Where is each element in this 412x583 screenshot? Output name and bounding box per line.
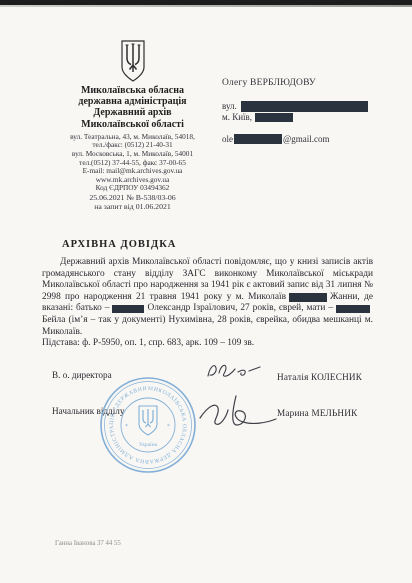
body-paragraph: Державний архів Миколаївської області по… [42, 257, 373, 338]
signer-name: Наталія КОЛЕСНИК [277, 372, 362, 382]
redaction-bar [234, 134, 282, 144]
scanned-document-page: Миколаївська обласна державна адміністра… [0, 0, 412, 583]
email-suffix: @gmail.com [283, 134, 330, 144]
document-body: Державний архів Миколаївської області по… [42, 257, 373, 350]
redaction-bar [241, 101, 368, 112]
signature-scribble-icon [196, 390, 282, 434]
body-segment: Олександр Ізраїлович, 27 років, єврей, м… [147, 303, 333, 313]
edrpou-code-line: Код ЄДРПОУ 03494362 [30, 184, 235, 193]
org-name-line: Державний архів [30, 107, 235, 118]
trident-emblem-icon [120, 40, 146, 82]
email-prefix: ole [222, 134, 233, 144]
document-number-line: 25.06.2021 № В-538/03-06 [30, 193, 235, 202]
redaction-bar [112, 305, 144, 314]
request-date-line: на запит від 01.06.2021 [30, 202, 235, 211]
signer-name: Марина МЕЛЬНИК [277, 408, 357, 418]
round-seal-stamp: МИКОЛАЇВСЬКА ОБЛАСНА ДЕРЖАВНА АДМІНІСТРА… [98, 375, 198, 475]
seal-star-left: * [125, 424, 128, 430]
street-label: вул. [222, 101, 237, 112]
addressee-street-row: вул. [222, 101, 394, 112]
addressee-block: Олегу ВЕРБЛЮДОВУ вул. м. Київ, ole @gmai… [222, 78, 394, 144]
seal-trident-icon [139, 406, 157, 435]
basis-line: Підстава: ф. Р-5950, оп. 1, спр. 683, ар… [42, 338, 373, 350]
scan-edge-shadow [0, 5, 412, 7]
redaction-bar [336, 305, 370, 314]
addressee-city-row: м. Київ, [222, 112, 394, 123]
document-title: АРХІВНА ДОВІДКА [62, 239, 176, 250]
city-label: м. Київ, [222, 112, 252, 123]
redaction-bar [255, 113, 293, 122]
org-name-line: державна адміністрація [30, 96, 235, 107]
seal-star-right: * [167, 424, 170, 430]
signature-scribble-icon [205, 360, 263, 384]
letterhead: Миколаївська обласна державна адміністра… [30, 40, 235, 211]
seal-bottom-text: Україна [139, 442, 158, 448]
letterhead-address-block: вул. Театральна, 43, м. Миколаїв, 54018,… [30, 133, 235, 211]
body-segment: Бейла (ім’я – так у документі) Нухимівна… [42, 315, 373, 337]
org-name-line: Миколаївської області [30, 119, 235, 130]
executor-contact-line: Ганна Іванова 37 44 55 [55, 540, 121, 547]
addressee-email-row: ole @gmail.com [222, 134, 394, 144]
redaction-bar [289, 293, 327, 302]
addressee-name: Олегу ВЕРБЛЮДОВУ [222, 78, 394, 88]
org-name-line: Миколаївська обласна [30, 85, 235, 96]
